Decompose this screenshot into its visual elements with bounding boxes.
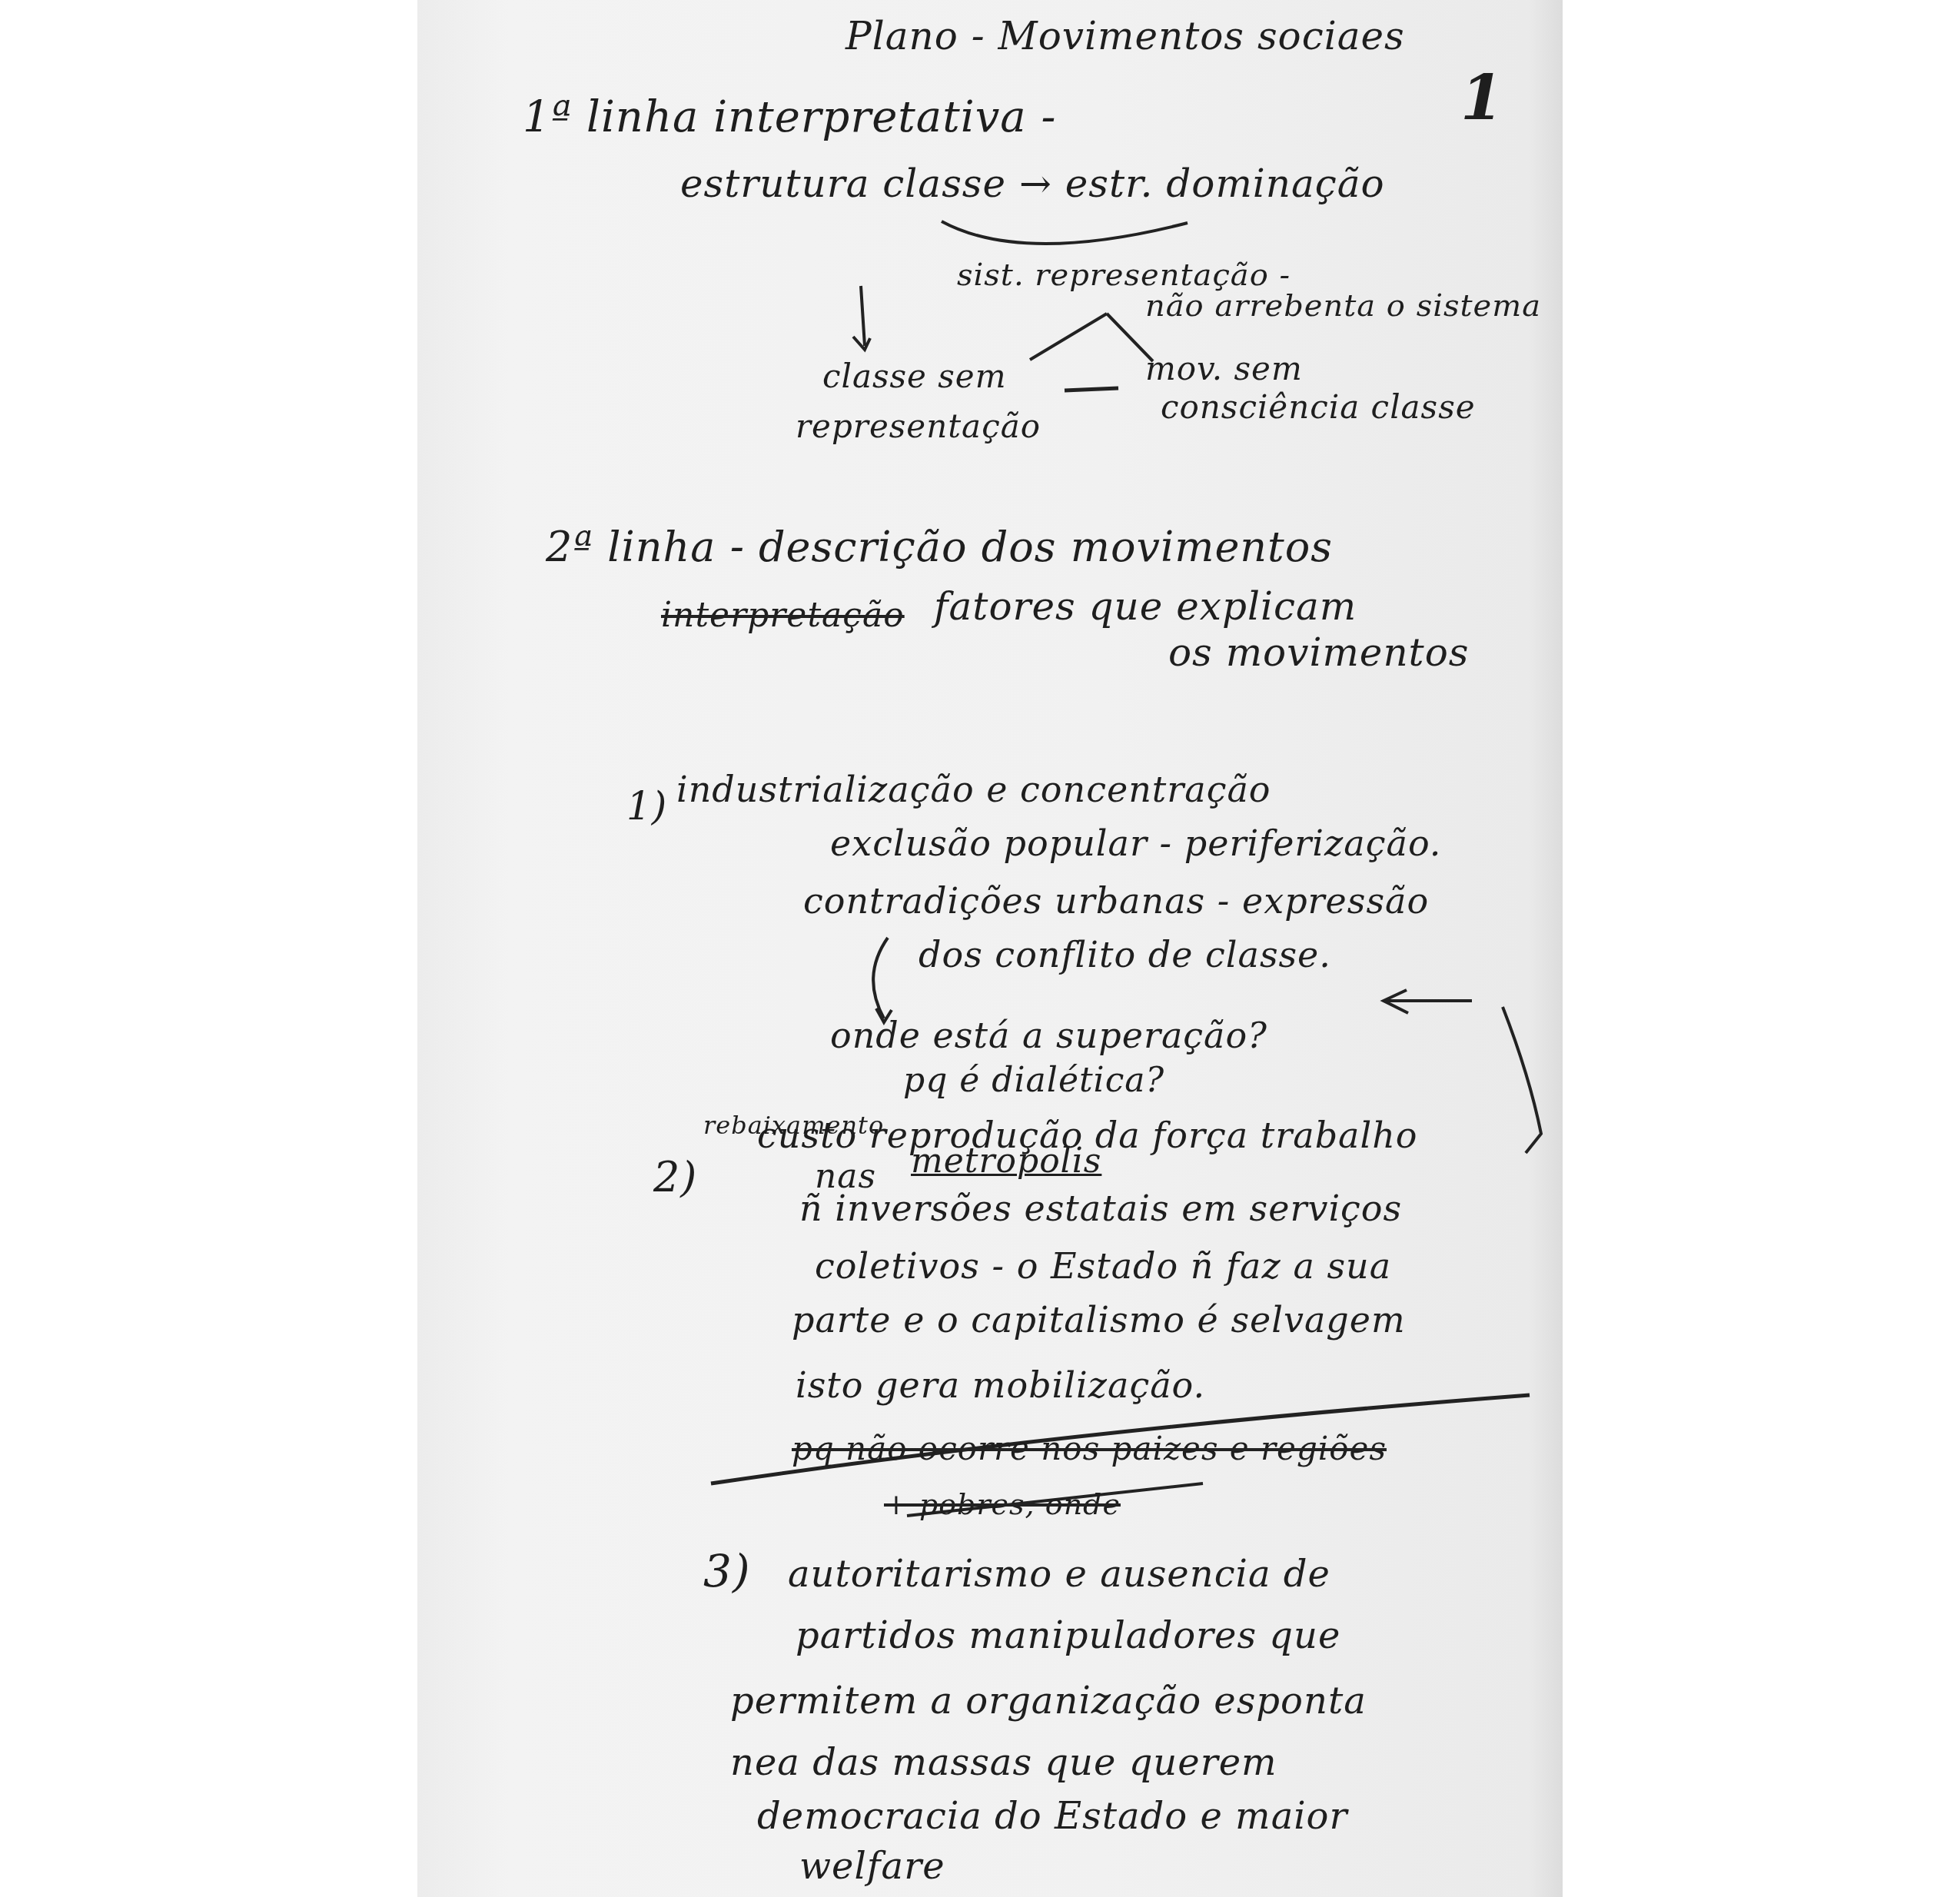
right-box-line2: consciência classe <box>1161 388 1476 426</box>
item3-line2: partidos manipuladores que <box>796 1614 1340 1657</box>
item1-line1: industrialização e concentração <box>676 769 1271 810</box>
question-dialetica: pq é dialética? <box>903 1061 1164 1100</box>
item2-line3: ñ inversões estatais em serviços <box>799 1188 1402 1229</box>
page-number: 1 <box>1460 61 1504 134</box>
item1-number: 1) <box>626 784 667 829</box>
item3-line3: permitem a organização esponta <box>730 1679 1367 1723</box>
line1-heading: 1ª linha interpretativa - <box>523 92 1056 142</box>
struck-line2: + pobres, onde <box>884 1487 1121 1521</box>
item3-number: 3) <box>703 1545 751 1597</box>
item2-metropolis: metropolis <box>911 1141 1101 1181</box>
line2-heading: 2ª linha - descrição dos movimentos <box>546 523 1333 571</box>
item2-line6: isto gera mobilização. <box>796 1364 1205 1406</box>
left-box-line1: classe sem <box>822 357 1007 395</box>
no-rep-text: não arrebenta o sistema <box>1145 288 1541 324</box>
struck-line1: pq não ocorre nos paizes e regiões <box>792 1430 1387 1467</box>
item2-line5: parte e o capitalismo é selvagem <box>792 1299 1406 1341</box>
item3-line6: welfare <box>799 1845 945 1888</box>
item1-line4: dos conflito de classe. <box>919 934 1331 975</box>
factors-text: fatores que explicam <box>934 584 1357 629</box>
left-box-line2: representação <box>796 407 1041 445</box>
item1-line3: contradições urbanas - expressão <box>803 880 1429 922</box>
item2-line4: coletivos - o Estado ñ faz a sua <box>815 1245 1391 1287</box>
document-title: Plano - Movimentos sociaes <box>845 14 1405 58</box>
question-superacao: onde está a superação? <box>830 1015 1267 1056</box>
item1-line2: exclusão popular - periferização. <box>830 822 1441 864</box>
structure-text: estrutura classe → estr. dominação <box>680 161 1385 206</box>
item3-line4: nea das massas que querem <box>730 1741 1277 1784</box>
factors-text-2: os movimentos <box>1168 630 1469 675</box>
item3-line1: autoritarismo e ausencia de <box>788 1553 1330 1596</box>
right-box-line1: mov. sem <box>1145 350 1303 387</box>
item2-number: 2) <box>653 1153 697 1201</box>
struck-word: interpretação <box>661 596 905 635</box>
item3-line5: democracia do Estado e maior <box>757 1795 1347 1838</box>
